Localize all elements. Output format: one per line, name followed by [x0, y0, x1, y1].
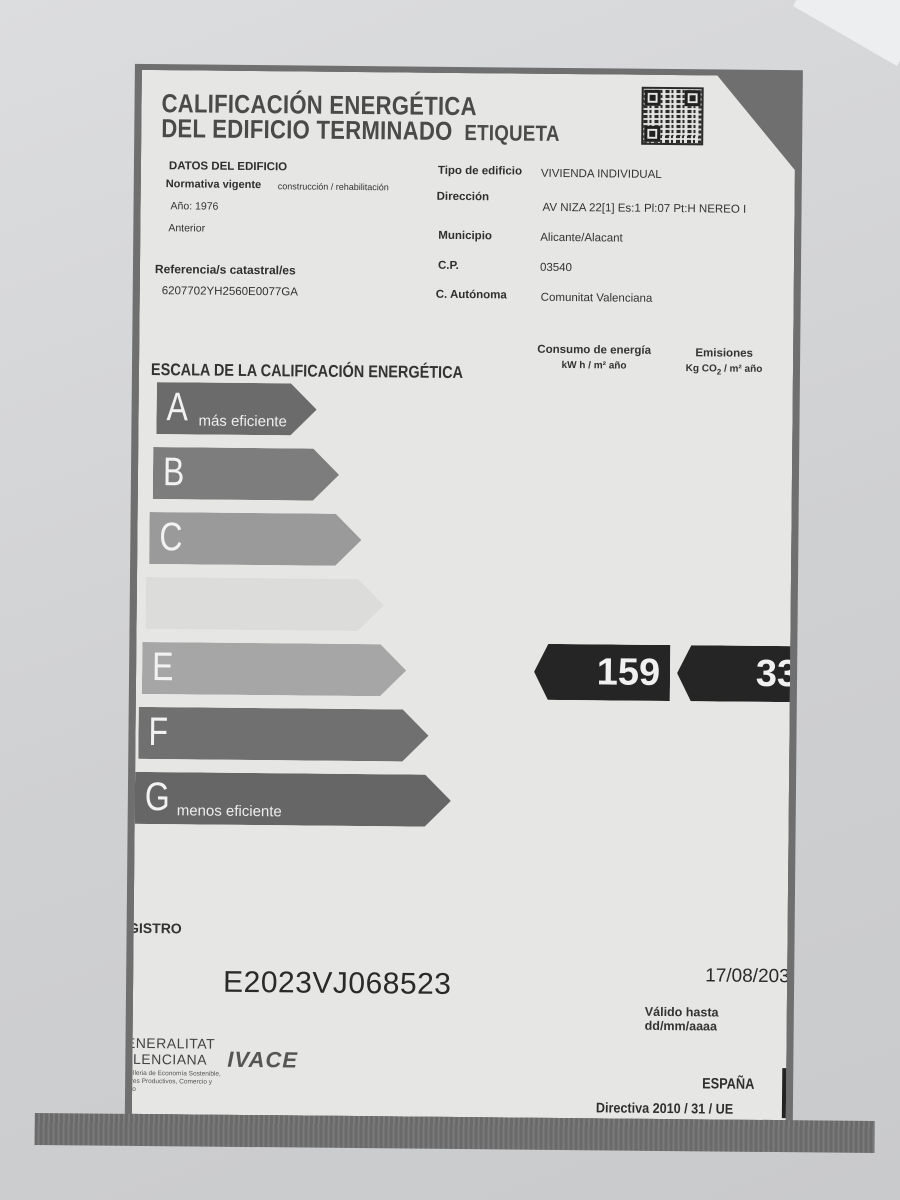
scale-heading: ESCALA DE LA CALIFICACIÓN ENERGÉTICA	[151, 360, 463, 383]
generalitat-valenciana-logo: GENERALITATVALENCIANA Conselleria de Eco…	[92, 1030, 243, 1101]
emissions-unit-post: / m² año	[721, 364, 762, 375]
consumption-value: 159	[596, 651, 660, 694]
construction-year: Año: 1976	[170, 200, 218, 212]
rating-letter: F	[148, 710, 168, 755]
eu-star	[810, 1077, 813, 1080]
address-label: Dirección	[437, 191, 490, 204]
eu-star	[802, 1105, 805, 1108]
emissions-unit: Kg CO2 / m² año	[669, 363, 779, 377]
label-body: CALIFICACIÓN ENERGÉTICA DEL EDIFICIO TER…	[132, 70, 796, 1120]
energy-label-document: CALIFICACIÓN ENERGÉTICA DEL EDIFICIO TER…	[34, 55, 885, 1168]
eu-star	[825, 1093, 828, 1096]
rating-bar-b: B	[153, 447, 339, 501]
cadastral-label: Referencia/s catastral/es	[155, 262, 296, 277]
rating-bar-g: Gmenos eficiente	[135, 772, 451, 827]
emissions-title: Emisiones	[669, 347, 779, 360]
eu-star	[797, 1085, 800, 1088]
valid-until-label: Válido hasta dd/mm/aaaa	[645, 1005, 787, 1034]
rating-bar-e: E	[142, 642, 406, 697]
postal-code-label: C.P.	[438, 260, 459, 272]
consumption-indicator: 159	[534, 644, 671, 701]
postal-code-value: 03540	[540, 262, 572, 274]
building-data-heading: DATOS DEL EDIFICIO	[169, 160, 287, 173]
consumption-unit: kW h / m² año	[529, 360, 659, 372]
address-value: AV NIZA 22[1] Es:1 Pl:07 Pt:H NEREO I	[542, 202, 746, 216]
directive-label: Directiva 2010 / 31 / UE	[596, 1099, 733, 1116]
registry-label: REGISTRO	[109, 920, 182, 937]
emissions-unit-pre: Kg CO	[686, 363, 717, 374]
eu-star	[795, 1092, 798, 1095]
autonomous-community-label: C. Autónoma	[436, 289, 507, 302]
rating-letter: B	[163, 450, 185, 495]
building-type-value: VIVIENDA INDIVIDUAL	[541, 168, 662, 181]
ivace-logo: IVACE	[227, 1047, 298, 1074]
eu-star	[797, 1100, 800, 1103]
eu-star	[818, 1079, 821, 1082]
rating-letter: G	[145, 775, 170, 820]
emissions-header: Emisiones Kg CO2 / m² año	[669, 347, 779, 377]
rating-bar-a: Amás eficiente	[156, 382, 316, 436]
rating-bar-d	[145, 577, 383, 631]
rating-letter: E	[152, 645, 174, 690]
registry-number: E2023VJ068523	[223, 966, 452, 1002]
emissions-indicator: 33	[677, 645, 809, 702]
rating-note: más eficiente	[198, 412, 287, 430]
rating-bar-c: C	[149, 512, 361, 566]
title-line-2: DEL EDIFICIO TERMINADOETIQUETA	[161, 113, 560, 148]
normativa-label: Normativa vigente	[166, 178, 261, 191]
building-type-label: Tipo de edificio	[438, 165, 522, 178]
page-curl	[793, 0, 900, 66]
title-line-2-text: DEL EDIFICIO TERMINADO	[161, 113, 453, 146]
qr-code-icon	[641, 87, 704, 146]
label-type: ETIQUETA	[464, 120, 559, 146]
valid-until-date: 17/08/2033	[705, 965, 800, 988]
qr-finder	[644, 126, 660, 142]
rating-letter: C	[159, 515, 183, 560]
eu-star	[810, 1107, 813, 1110]
country-label: ESPAÑA	[702, 1075, 754, 1093]
eu-star	[823, 1100, 826, 1103]
normativa-sub: construcción / rehabilitación	[278, 181, 389, 192]
cadastral-value: 6207702YH2560E0077GA	[162, 285, 298, 298]
municipality-label: Municipio	[438, 230, 492, 243]
municipality-value: Alicante/Alacant	[540, 232, 623, 245]
gv-shield-icon	[92, 1030, 111, 1088]
autonomous-community-value: Comunitat Valenciana	[541, 292, 653, 305]
rating-letter: A	[166, 385, 188, 430]
eu-star	[823, 1085, 826, 1088]
qr-finder	[685, 90, 701, 106]
normativa-value: Anterior	[168, 222, 205, 234]
rating-note: menos eficiente	[177, 802, 282, 820]
qr-finder	[645, 90, 661, 106]
rating-bar-f: F	[138, 707, 428, 762]
consumption-header: Consumo de energía kW h / m² año	[529, 344, 659, 372]
eu-star	[803, 1079, 806, 1082]
consumption-title: Consumo de energía	[529, 344, 659, 357]
eu-star	[817, 1105, 820, 1108]
